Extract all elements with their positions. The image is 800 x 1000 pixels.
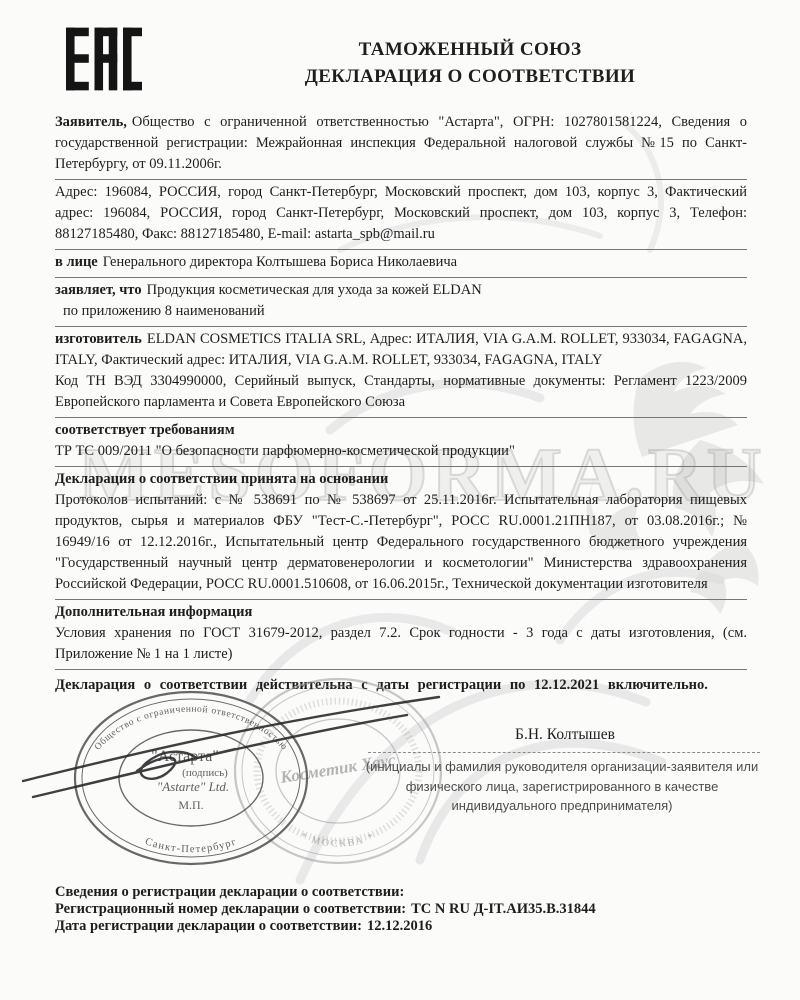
declaration-document: MESOFORMA.RU ТАМОЖЕННЫЙ СОЮЗ ДЕКЛАРАЦИЯ … bbox=[0, 0, 800, 1000]
declares-label: заявляет, что bbox=[55, 282, 142, 298]
basis-heading: Декларация о соответствии принята на осн… bbox=[55, 469, 747, 490]
stamp-left-ring-bottom-text: Санкт-Петербург bbox=[143, 836, 238, 855]
customs-code-text: Код ТН ВЭД 3304990000, Серийный выпуск, … bbox=[55, 371, 747, 413]
registration-block: Сведения о регистрации декларации о соот… bbox=[55, 884, 747, 935]
complies-text: ТР ТС 009/2011 "О безопасности парфюмерн… bbox=[55, 441, 747, 462]
applicant-label: Заявитель, bbox=[55, 114, 127, 130]
complies-heading: соответствует требованиям bbox=[55, 420, 747, 441]
manufacturer-label: изготовитель bbox=[55, 331, 142, 347]
eac-mark-icon bbox=[66, 24, 142, 94]
title-line-1: ТАМОЖЕННЫЙ СОЮЗ bbox=[240, 36, 700, 63]
document-title: ТАМОЖЕННЫЙ СОЮЗ ДЕКЛАРАЦИЯ О СООТВЕТСТВИ… bbox=[240, 36, 700, 90]
row-additional-info: Дополнительная информация Условия хранен… bbox=[55, 600, 747, 670]
additional-heading: Дополнительная информация bbox=[55, 602, 747, 623]
declares-text2: по приложению 8 наименований bbox=[55, 301, 747, 322]
basis-text: Протоколов испытаний: с № 538691 по № 53… bbox=[55, 490, 747, 595]
registration-number-label: Регистрационный номер декларации о соотв… bbox=[55, 901, 406, 917]
form-body: Заявитель,Общество с ограниченной ответс… bbox=[55, 110, 747, 700]
manufacturer-text: ELDAN COSMETICS ITALIA SRL, Адрес: ИТАЛИ… bbox=[55, 331, 747, 368]
registration-date-label: Дата регистрации декларации о соответств… bbox=[55, 918, 362, 934]
row-basis: Декларация о соответствии принята на осн… bbox=[55, 467, 747, 600]
address-text: Адрес: 196084, РОССИЯ, город Санкт-Петер… bbox=[55, 182, 747, 245]
additional-text: Условия хранения по ГОСТ 31679-2012, раз… bbox=[55, 623, 747, 665]
in-person-label: в лице bbox=[55, 254, 98, 270]
registration-date-value: 12.12.2016 bbox=[367, 918, 432, 934]
registration-heading: Сведения о регистрации декларации о соот… bbox=[55, 884, 747, 901]
row-address: Адрес: 196084, РОССИЯ, город Санкт-Петер… bbox=[55, 180, 747, 250]
row-applicant: Заявитель,Общество с ограниченной ответс… bbox=[55, 110, 747, 180]
in-person-text: Генерального директора Колтышева Бориса … bbox=[103, 254, 457, 270]
title-line-2: ДЕКЛАРАЦИЯ О СООТВЕТСТВИИ bbox=[240, 63, 700, 90]
svg-text:Санкт-Петербург: Санкт-Петербург bbox=[143, 836, 238, 855]
declares-text: Продукция косметическая для ухода за кож… bbox=[147, 282, 482, 298]
row-manufacturer: изготовительELDAN COSMETICS ITALIA SRL, … bbox=[55, 327, 747, 418]
registration-number-value: ТС N RU Д-IT.АИ35.В.31844 bbox=[411, 901, 596, 917]
applicant-text: Общество с ограниченной ответственностью… bbox=[55, 114, 747, 172]
row-in-person: в лицеГенерального директора Колтышева Б… bbox=[55, 250, 747, 278]
row-declares: заявляет, чтоПродукция косметическая для… bbox=[55, 278, 747, 327]
row-complies: соответствует требованиям ТР ТС 009/2011… bbox=[55, 418, 747, 467]
handwritten-signature bbox=[15, 683, 445, 815]
